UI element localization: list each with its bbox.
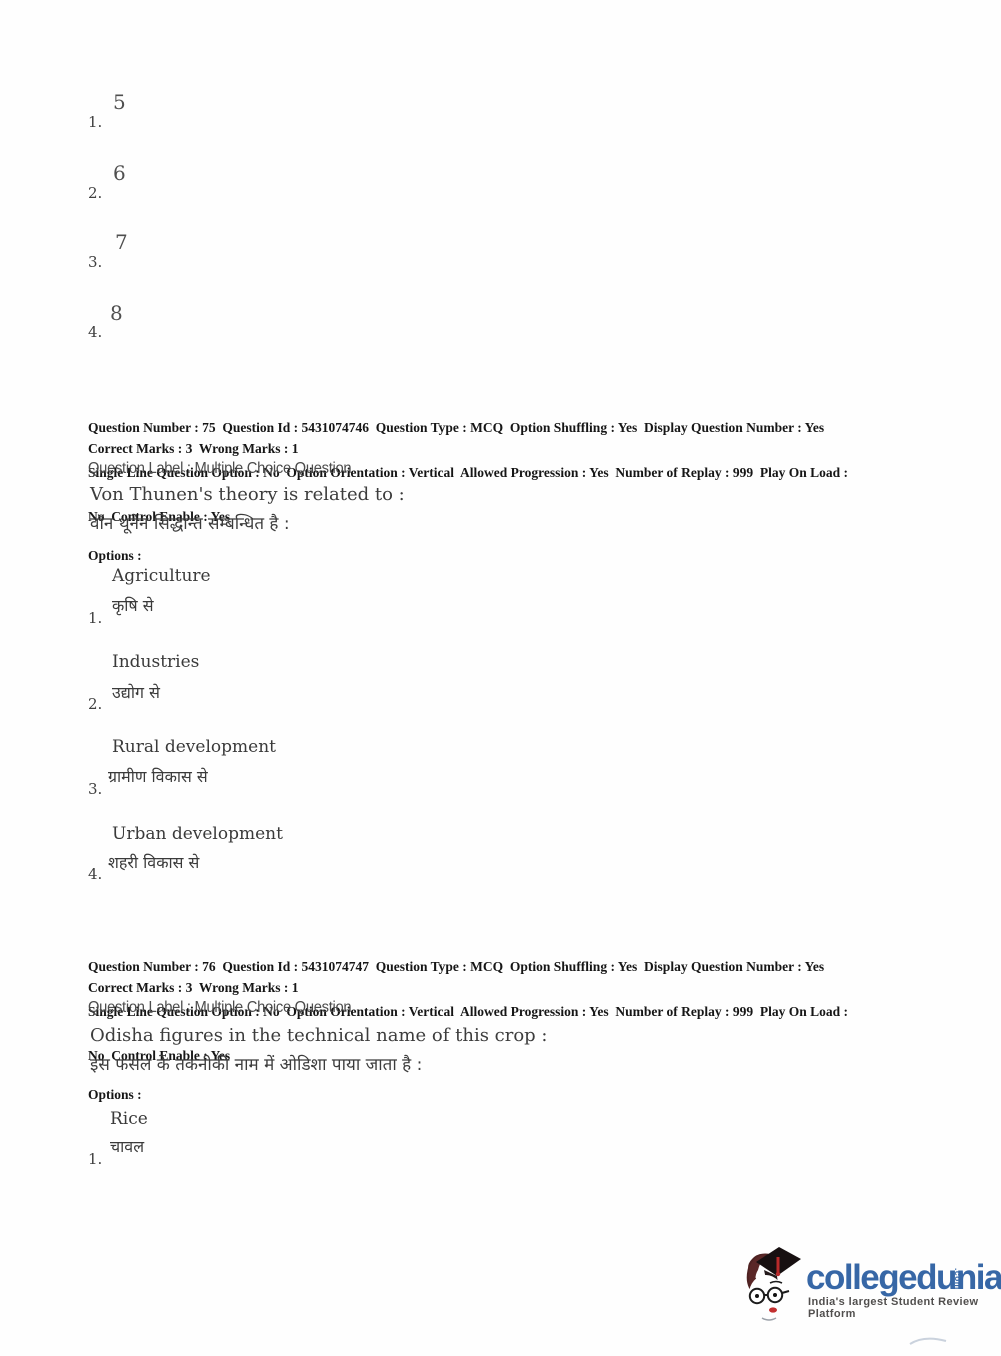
option-number: 2. xyxy=(88,695,102,713)
question-75-text-hindi: वॉन थूनेन सिद्धान्त सम्बन्धित है : xyxy=(90,511,290,534)
collegedunia-mascot-icon xyxy=(744,1246,802,1322)
collegedunia-tagline: India's largest Student Review Platform xyxy=(808,1296,1001,1320)
option-label-hindi: ग्रामीण विकास से xyxy=(108,765,208,787)
option-label-english: Rural development xyxy=(112,737,276,757)
top-option-3-value: 7 xyxy=(115,230,128,254)
question-75-marks: Correct Marks : 3 Wrong Marks : 1 xyxy=(88,441,298,457)
top-option-4-value: 8 xyxy=(110,301,123,325)
top-option-4-number: 4. xyxy=(88,323,102,341)
question-75-options-heading: Options : xyxy=(88,548,142,564)
option-label-hindi: शहरी विकास से xyxy=(108,851,199,873)
metadata-line: Question Number : 75 Question Id : 54310… xyxy=(88,421,928,436)
collegedunia-tld-text: .com xyxy=(953,1268,963,1290)
question-75-text-english: Von Thunen's theory is related to : xyxy=(90,484,405,505)
option-label-english: Urban development xyxy=(112,824,283,844)
question-76-options-heading: Options : xyxy=(88,1087,142,1103)
option-number: 1. xyxy=(88,1150,102,1168)
exam-paper-page: 5 1. 6 2. 7 3. 8 4. Question Number : 75… xyxy=(0,0,1001,1356)
question-76-text-hindi: इस फसल के तकनीकी नाम में ओडिशा पाया जाता… xyxy=(90,1052,422,1075)
question-76-marks: Correct Marks : 3 Wrong Marks : 1 xyxy=(88,980,298,996)
top-option-1-value: 5 xyxy=(113,90,126,114)
option-label-english: Rice xyxy=(110,1109,148,1129)
option-number: 3. xyxy=(88,780,102,798)
question-75-label: Question Label : Multiple Choice Questio… xyxy=(88,460,351,478)
metadata-line: Question Number : 76 Question Id : 54310… xyxy=(88,960,928,975)
collegedunia-brand-text: collegedunia xyxy=(806,1258,1001,1298)
top-option-2-number: 2. xyxy=(88,184,102,202)
option-label-hindi: चावल xyxy=(110,1135,144,1157)
top-option-2-value: 6 xyxy=(113,161,126,185)
option-label-english: Agriculture xyxy=(112,566,211,586)
option-number: 1. xyxy=(88,609,102,627)
question-76-label: Question Label : Multiple Choice Questio… xyxy=(88,999,351,1017)
question-76-text-english: Odisha figures in the technical name of … xyxy=(90,1025,548,1046)
option-number: 4. xyxy=(88,865,102,883)
option-label-hindi: उद्योग से xyxy=(112,681,160,703)
logo-swoosh-mark xyxy=(908,1334,948,1348)
top-option-3-number: 3. xyxy=(88,253,102,271)
option-label-english: Industries xyxy=(112,652,199,672)
option-label-hindi: कृषि से xyxy=(112,594,154,616)
top-option-1-number: 1. xyxy=(88,113,102,131)
